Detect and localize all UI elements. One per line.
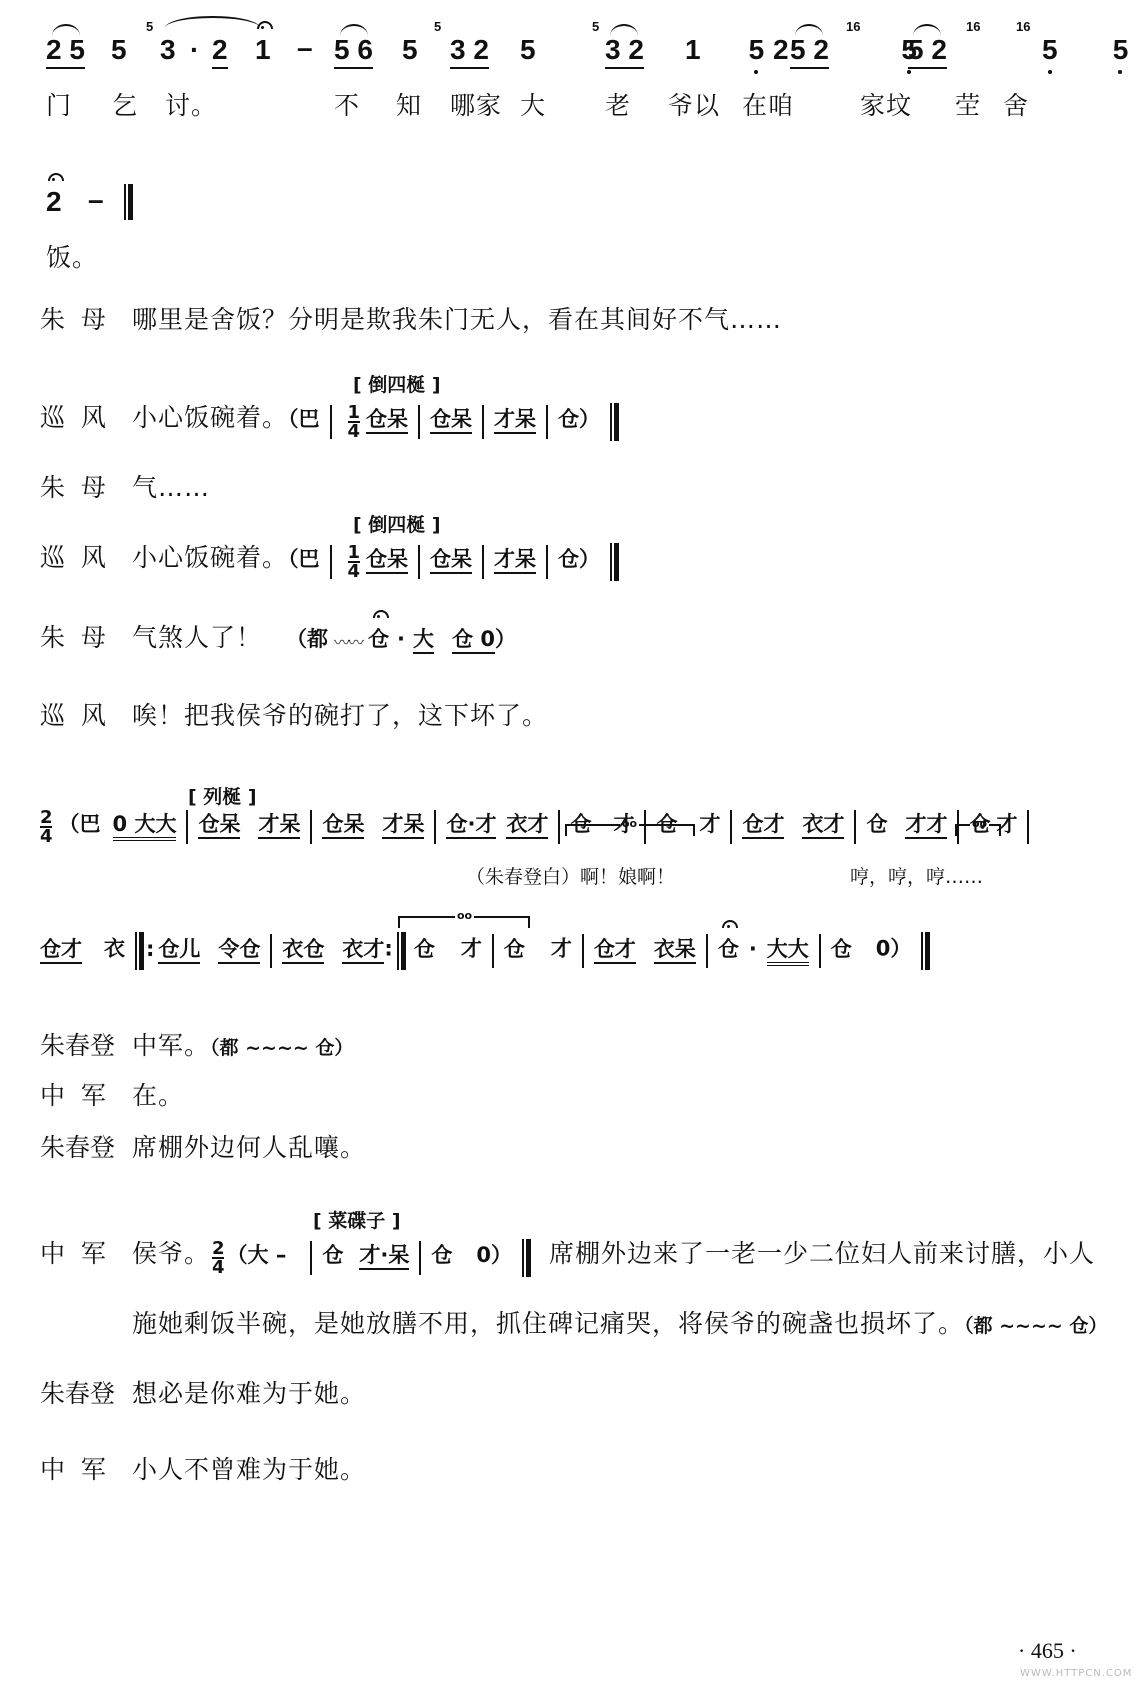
speaker: 朱 母 <box>40 618 132 654</box>
speech: 席棚外边何人乱嚷。 <box>132 1133 366 1162</box>
lyric: 知 <box>396 86 422 122</box>
note: 5 6 <box>334 34 373 69</box>
speaker: 朱春登 <box>40 1026 132 1062</box>
lyric: 哪家 <box>450 86 502 122</box>
dialogue-line: 巡 风小心饭碗着。（巴14仓呆仓呆才呆仓） <box>40 538 627 581</box>
beat: 大 <box>413 627 434 654</box>
score-line-1: 5 5 5 16 16 16 2 5 5 3 · 2 1 – 5 6 5 3 2… <box>0 0 1140 130</box>
lyric: 在咱 <box>742 86 794 122</box>
dialogue-line: 中 军在。 <box>40 1076 184 1112</box>
note: 5 2 <box>790 34 829 69</box>
note: 5 <box>1042 34 1058 65</box>
dialogue-line: 朱春登想必是你难为于她。 <box>40 1374 366 1410</box>
time-signature: 24 <box>40 809 53 845</box>
note: 5 <box>111 34 127 66</box>
beat: 仓） <box>558 547 600 571</box>
speaker: 中 军 <box>40 1234 132 1270</box>
note: 5 2 <box>908 34 947 69</box>
lyric: 饭。 <box>46 238 98 274</box>
speaker: 朱 母 <box>40 468 132 504</box>
grace-note: 16 <box>846 20 860 33</box>
note: 1 <box>685 34 701 66</box>
watermark: WWW.HTTPCN.COM <box>1020 1668 1132 1679</box>
note-fermata: 2 <box>46 186 62 218</box>
speech: 想必是你难为于她。 <box>132 1379 366 1408</box>
note: 2 <box>212 34 228 69</box>
speech: 唉！把我侯爷的碗打了，这下坏了。 <box>132 701 548 730</box>
note: 3 2 <box>450 34 489 69</box>
beat: 仓呆 <box>430 547 472 574</box>
grace-note: 16 <box>1016 20 1030 33</box>
note: 5 <box>402 34 418 66</box>
time-signature: 14 <box>348 544 361 580</box>
speaker: 朱春登 <box>40 1374 132 1410</box>
beat: 才呆 <box>494 407 536 434</box>
grace-note: 16 <box>966 20 980 33</box>
perc-open: （巴 <box>288 407 320 431</box>
speech: 小心饭碗着。 <box>132 543 288 572</box>
note: 2 5 <box>46 34 85 69</box>
final-barline <box>124 184 133 220</box>
speaker: 巡 风 <box>40 398 132 434</box>
speech: 哪里是舍饭？分明是欺我朱门无人，看在其间好不气…… <box>132 305 782 334</box>
grace-note: 5 <box>146 20 153 33</box>
dialogue-line: 朱春登中军。（都 ~~~~ 仓） <box>40 1026 353 1062</box>
speech: 气煞人了！ <box>132 623 262 652</box>
dialogue-line: 朱春登席棚外边何人乱嚷。 <box>40 1128 366 1164</box>
dialogue-line: 巡 风小心饭碗着。（巴14仓呆仓呆才呆仓） <box>40 398 627 441</box>
dash: – <box>88 184 104 216</box>
grace-note: 5 <box>592 20 599 33</box>
beat: 仓 0 <box>452 627 495 654</box>
dialogue-line: 朱 母气煞人了！（都〰〰仓·大仓 0） <box>40 618 516 654</box>
lyric-aside: （朱春登白）啊！娘啊！ <box>466 862 675 889</box>
note: 3 <box>160 34 176 66</box>
speaker: 巡 风 <box>40 696 132 732</box>
note: · <box>190 34 199 66</box>
lyric: 不 <box>334 86 360 122</box>
tune-label: [ 倒四梴 ] <box>353 370 441 397</box>
dialogue-line: 中 军侯爷。24（大 –仓才·呆仓0）席棚外边来了一老一少二位妇人前来讨膳，小人 <box>40 1234 1095 1277</box>
note-fermata: 1 <box>255 34 271 66</box>
lyric-aside: 哼，哼，哼…… <box>850 862 983 889</box>
lyric: 爷以 <box>668 86 720 122</box>
time-signature: 14 <box>348 404 361 440</box>
lyric: 舍 <box>1003 86 1029 122</box>
tune-label: [ 倒四梴 ] <box>353 510 441 537</box>
dialogue-line: 中 军小人不曾难为于她。 <box>40 1450 366 1486</box>
beat: 仓 <box>368 623 389 653</box>
score-line-2: 2 – 饭。 <box>0 170 400 270</box>
time-signature: 24 <box>212 1240 225 1276</box>
lyric: 乞 <box>112 86 138 122</box>
beat: 仓） <box>558 407 600 431</box>
tremolo-icon: 〰〰 <box>334 630 362 653</box>
note: 3 2 <box>605 34 644 69</box>
tune-label: [ 列梴 ] <box>188 782 257 809</box>
speaker: 巡 风 <box>40 538 132 574</box>
lyric: 老 <box>605 86 631 122</box>
percussion-row-1: 24（巴0 大大仓呆才呆仓呆才呆仓·才衣才仓才仓才仓才衣才仓才才仓才 <box>40 808 1039 845</box>
beat: 才呆 <box>494 547 536 574</box>
note: 5 <box>1113 34 1129 65</box>
speech: 小人不曾难为于她。 <box>132 1455 366 1484</box>
lyric: 家坟 <box>860 86 912 122</box>
perc-open: （都 <box>286 627 328 651</box>
dialogue-continuation: 施她剩饭半碗，是她放膳不用，抓住碑记痛哭，将侯爷的碗盏也损坏了。（都 ~~~~ … <box>132 1304 1107 1340</box>
page-number: · 465 · <box>1018 1638 1077 1664</box>
dialogue-line: 朱 母气…… <box>40 468 210 504</box>
speech: 气…… <box>132 473 210 502</box>
slur <box>165 16 260 28</box>
grace-note: 5 <box>434 20 441 33</box>
dialogue-line: 巡 风唉！把我侯爷的碗打了，这下坏了。 <box>40 696 548 732</box>
speaker: 中 军 <box>40 1450 132 1486</box>
percussion-row-2: 仓才衣:仓儿令仓衣仓衣才:仓才仓才仓才衣呆仓·大大仓0） <box>40 932 938 970</box>
lyric: 讨。 <box>165 86 217 122</box>
beat: 仓呆 <box>430 407 472 434</box>
note: 2 <box>773 34 789 66</box>
speaker: 朱春登 <box>40 1128 132 1164</box>
tune-label: [ 菜碟子 ] <box>313 1206 401 1233</box>
beat: 仓呆 <box>366 547 408 574</box>
speech: 在。 <box>132 1081 184 1110</box>
note: 5 <box>520 34 536 66</box>
note: 5 <box>749 34 765 65</box>
dialogue-line: 朱 母哪里是舍饭？分明是欺我朱门无人，看在其间好不气…… <box>40 300 782 336</box>
lyric: 大 <box>520 86 546 122</box>
lyric: 门 <box>46 86 72 122</box>
lyric: 茔 <box>955 86 981 122</box>
speech: 小心饭碗着。 <box>132 403 288 432</box>
percussion: （都 ~~~~ 仓） <box>210 1037 353 1059</box>
speech: 侯爷。 <box>132 1239 210 1268</box>
dash: – <box>297 32 313 64</box>
speech: 席棚外边来了一老一少二位妇人前来讨膳，小人 <box>549 1239 1095 1268</box>
speech: 中军。 <box>132 1031 210 1060</box>
speaker: 中 军 <box>40 1076 132 1112</box>
beat: 仓呆 <box>366 407 408 434</box>
speaker: 朱 母 <box>40 300 132 336</box>
perc-open: （巴 <box>288 547 320 571</box>
